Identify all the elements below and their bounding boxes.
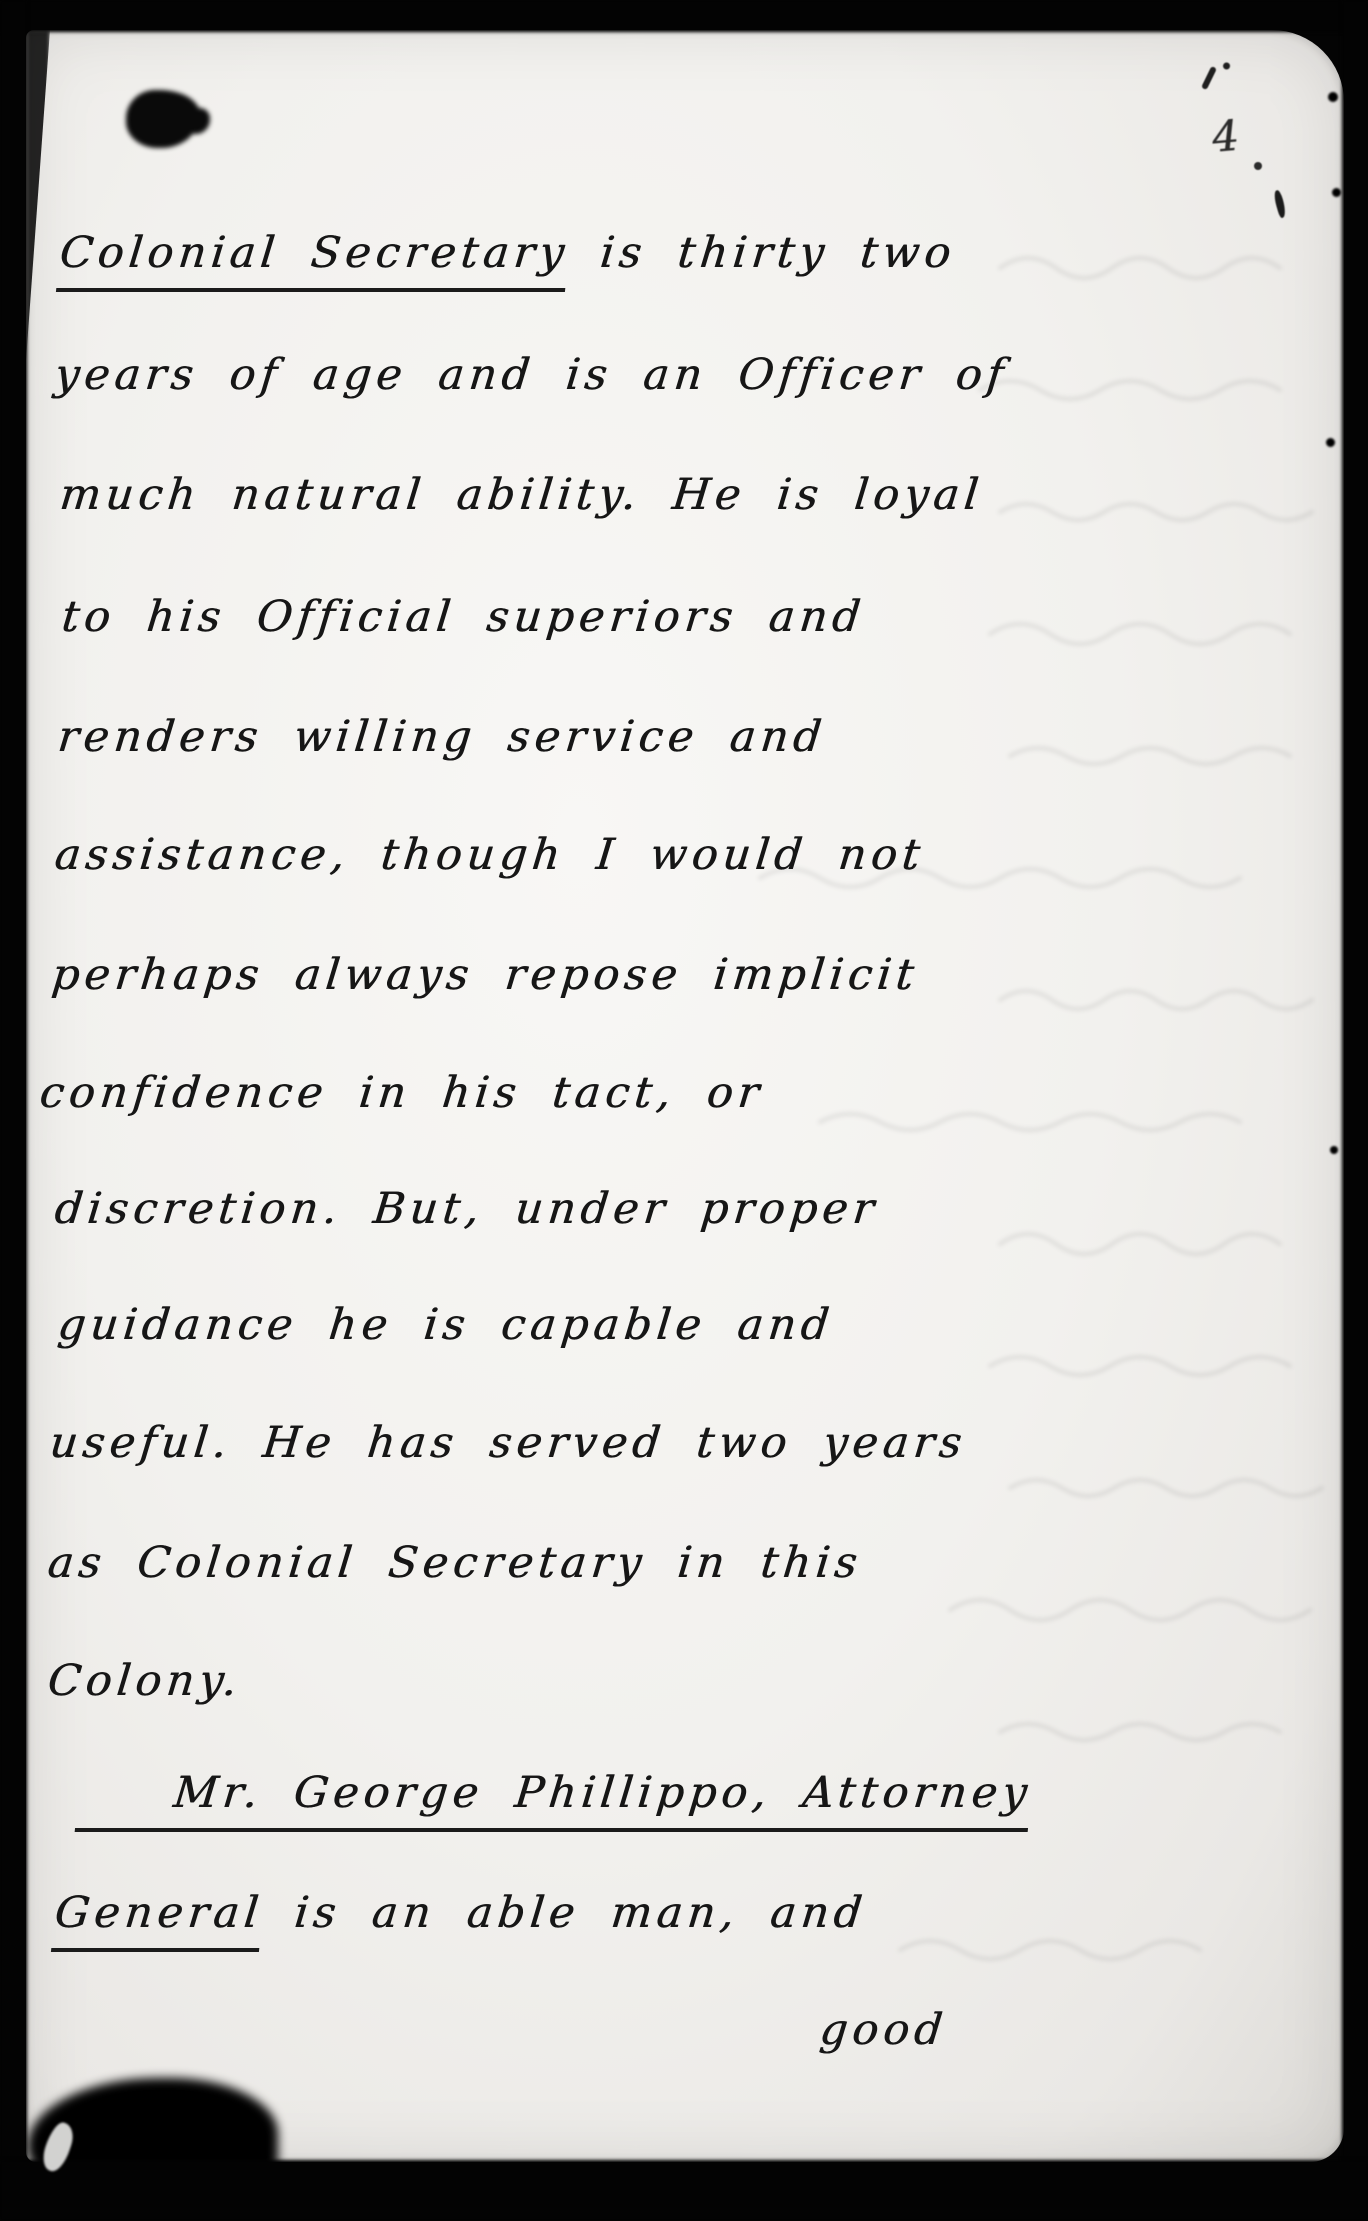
line-text: discretion. But, under proper bbox=[52, 1184, 881, 1234]
line-text: to his Official superiors and bbox=[59, 592, 867, 642]
underlined-text: General bbox=[51, 1888, 266, 1952]
manuscript-line-7: perhaps always repose implicit bbox=[49, 950, 921, 1000]
underlined-text: Colonial Secretary bbox=[56, 228, 571, 292]
line-text: is thirty two bbox=[566, 228, 958, 278]
line-text: is an able man, and bbox=[260, 1888, 869, 1938]
line-text: assistance, though I would not bbox=[52, 830, 927, 880]
manuscript-line-15: General is an able man, and bbox=[52, 1888, 869, 1938]
manuscript-line-13: Colony. bbox=[45, 1656, 244, 1706]
line-text: much natural ability. He is loyal bbox=[57, 470, 985, 520]
line-text: guidance he is capable and bbox=[55, 1300, 836, 1350]
manuscript-text: Colonial Secretary is thirty two years o… bbox=[0, 0, 1368, 2221]
ink-speck bbox=[1330, 1146, 1338, 1154]
line-text: Colony. bbox=[45, 1656, 244, 1706]
manuscript-line-11: useful. He has served two years bbox=[47, 1418, 968, 1468]
line-text: useful. He has served two years bbox=[47, 1418, 968, 1468]
line-text: confidence in his tact, or bbox=[37, 1068, 766, 1118]
line-text: years of age and is an Officer of bbox=[52, 350, 1010, 400]
manuscript-line-16: good bbox=[817, 2005, 949, 2055]
line-text: perhaps always repose implicit bbox=[49, 950, 921, 1000]
manuscript-line-12: as Colonial Secretary in this bbox=[45, 1538, 864, 1588]
manuscript-line-1: Colonial Secretary is thirty two bbox=[57, 228, 958, 278]
manuscript-line-9: discretion. But, under proper bbox=[52, 1184, 881, 1234]
scan-border-right bbox=[1342, 0, 1368, 2221]
scan-border-top bbox=[0, 0, 1368, 32]
ink-speck bbox=[1328, 92, 1338, 102]
ink-speck bbox=[1326, 438, 1335, 447]
line-text: renders willing service and bbox=[55, 712, 828, 762]
line-text: good bbox=[817, 2005, 949, 2055]
manuscript-line-4: to his Official superiors and bbox=[59, 592, 867, 642]
scanned-document: Colonial Secretary is thirty two years o… bbox=[0, 0, 1368, 2221]
manuscript-line-3: much natural ability. He is loyal bbox=[57, 470, 985, 520]
manuscript-line-2: years of age and is an Officer of bbox=[52, 350, 1010, 400]
manuscript-line-8: confidence in his tact, or bbox=[37, 1068, 766, 1118]
scan-border-bottom bbox=[0, 2160, 1368, 2221]
manuscript-line-5: renders willing service and bbox=[55, 712, 828, 762]
ink-speck bbox=[1254, 162, 1262, 170]
page-number: 4 bbox=[1210, 111, 1241, 162]
underlined-text: Mr. George Phillippo, Attorney bbox=[75, 1768, 1034, 1832]
manuscript-line-10: guidance he is capable and bbox=[55, 1300, 836, 1350]
line-text: as Colonial Secretary in this bbox=[45, 1538, 864, 1588]
manuscript-line-14: Mr. George Phillippo, Attorney bbox=[75, 1768, 1034, 1832]
manuscript-line-6: assistance, though I would not bbox=[52, 830, 927, 880]
ink-speck bbox=[1332, 188, 1341, 197]
scan-border-left bbox=[0, 0, 27, 2221]
